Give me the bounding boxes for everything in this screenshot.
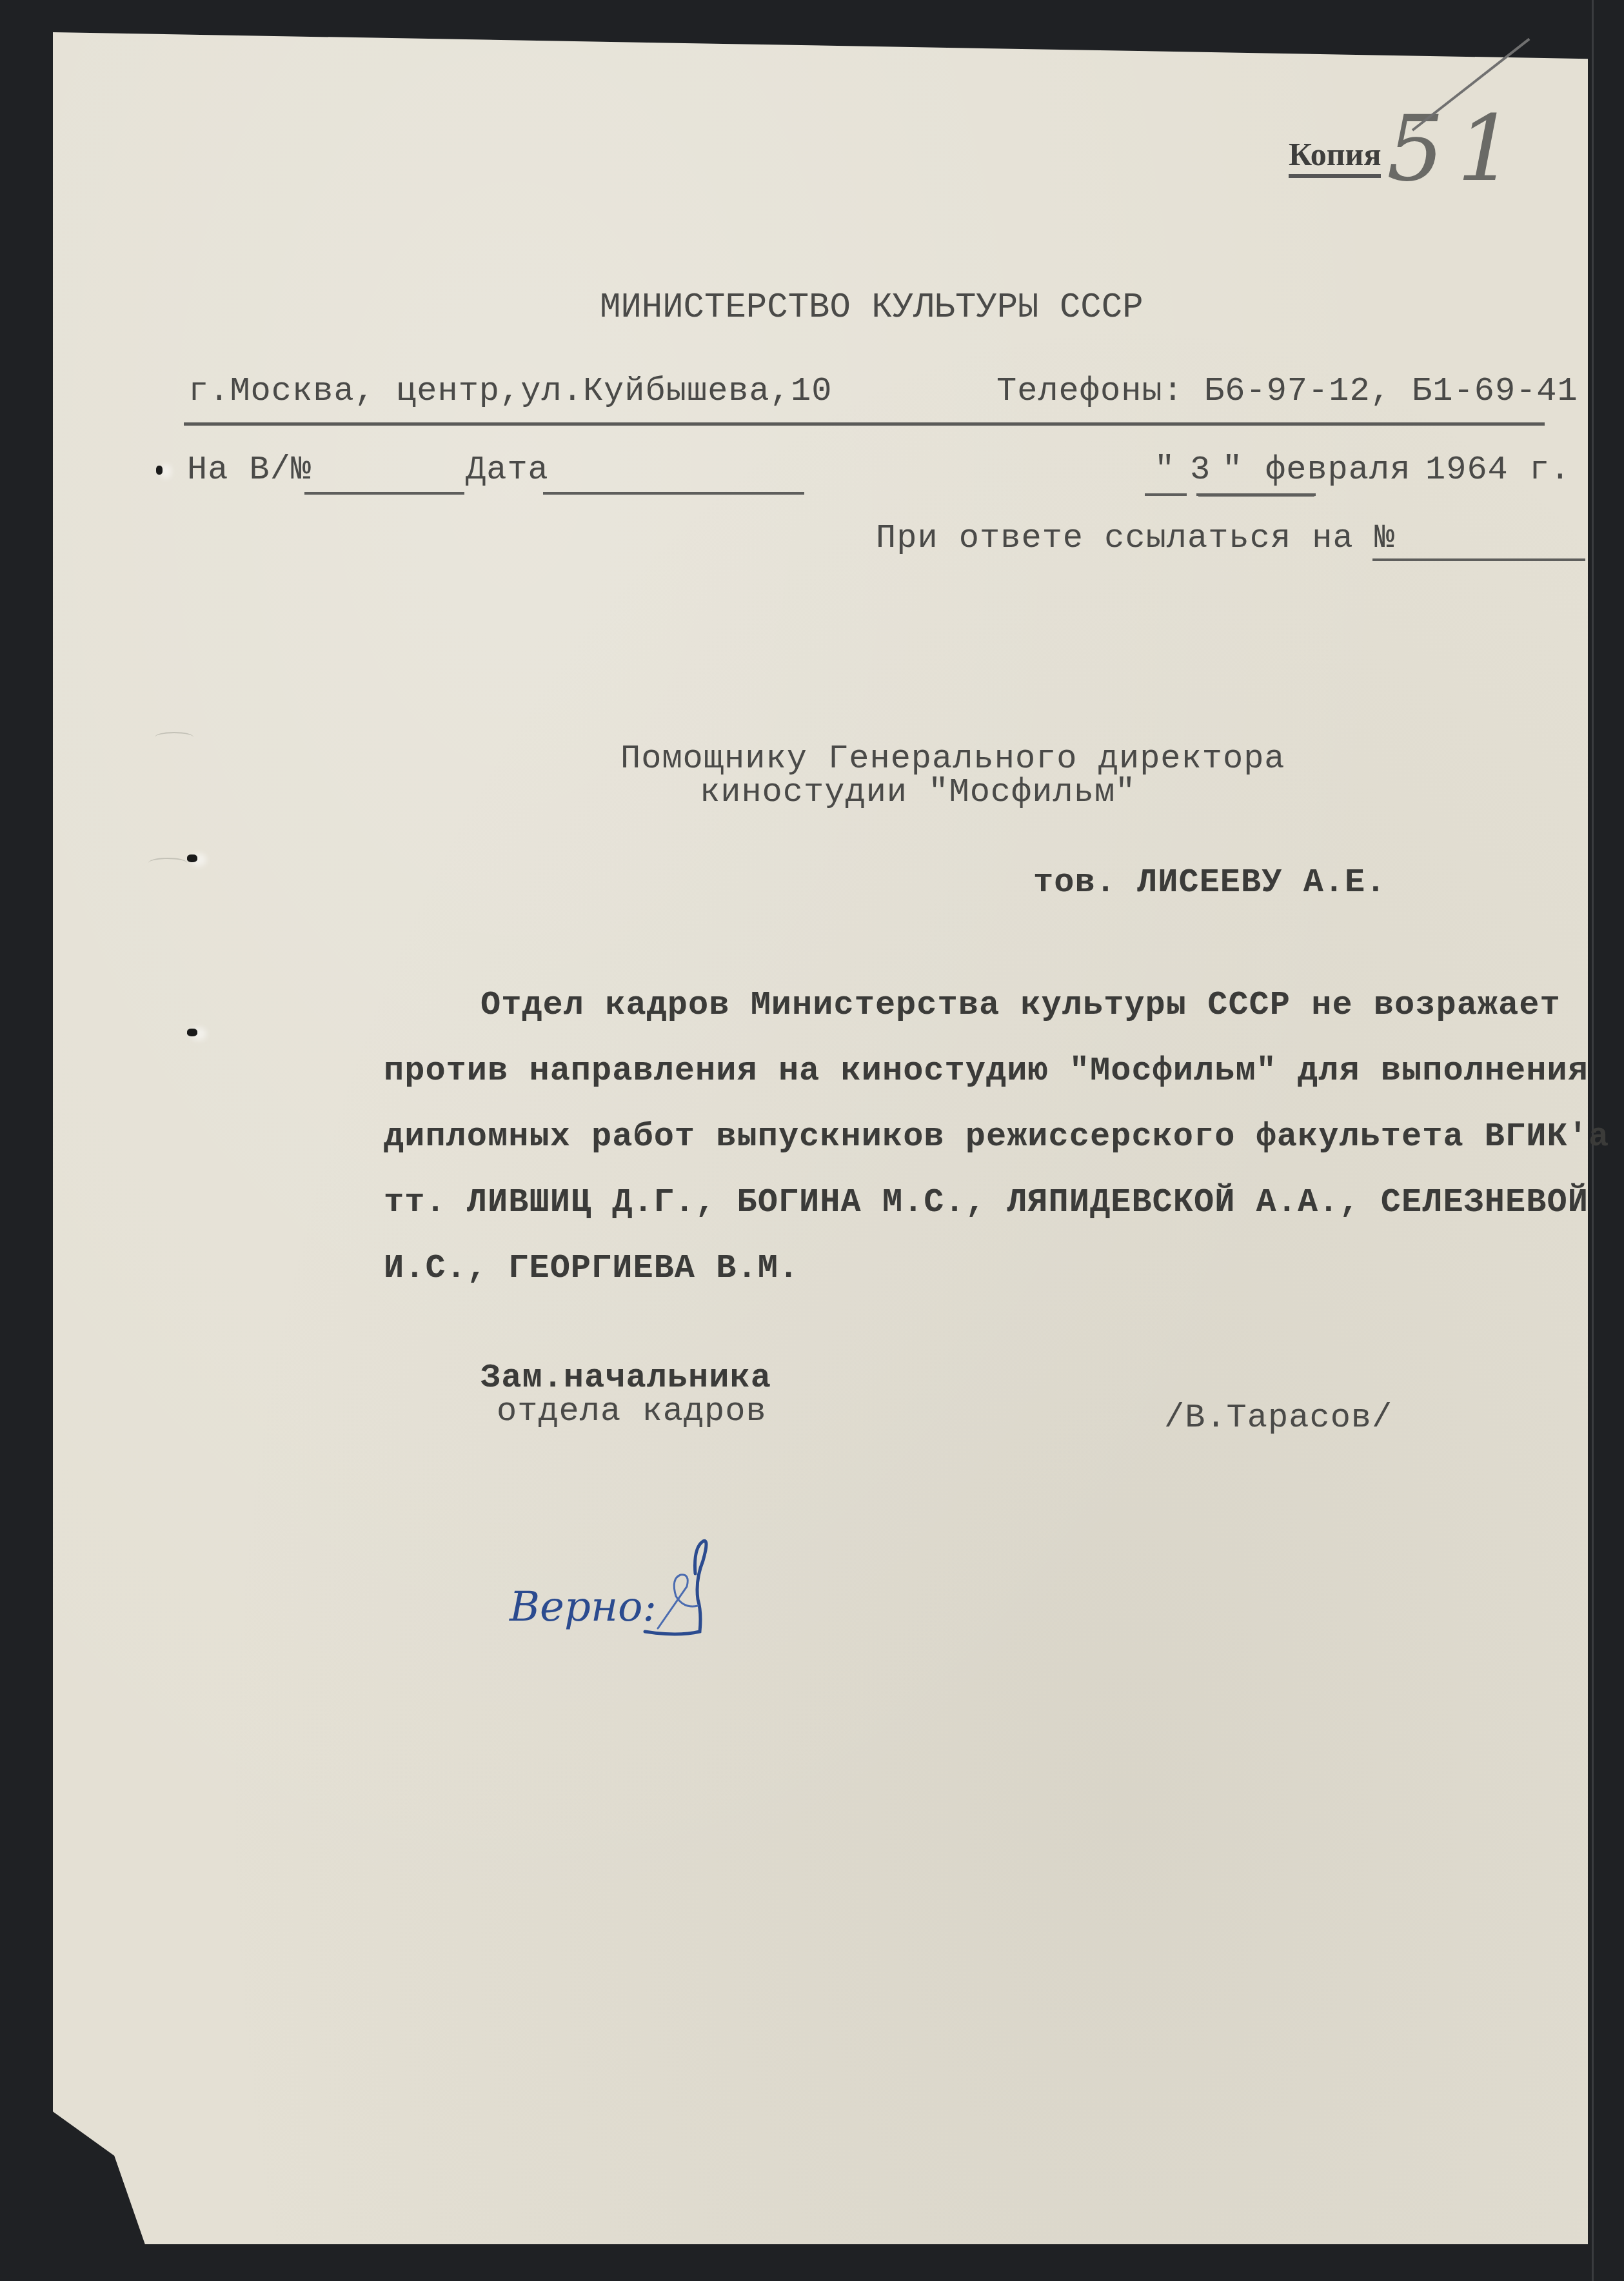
date-close-quote: " [1222, 451, 1243, 488]
organization-name: МИНИСТЕРСТВО КУЛЬТУРЫ СССР [600, 289, 1144, 327]
reply-reference-blank [1372, 558, 1585, 561]
body-line: Отдел кадров Министерства культуры СССР … [480, 987, 1561, 1023]
addressee-organization: киностудии "Мосфильм" [700, 774, 1136, 811]
incoming-number-label: На В/№ [187, 451, 312, 488]
certification-label: Верно: [510, 1583, 657, 1631]
date-month-underline [1198, 494, 1314, 497]
addressee-name: тов. ЛИСЕЕВУ А.Е. [1033, 864, 1387, 901]
staple-crease [148, 858, 187, 868]
signatory-name: /В.Тарасов/ [1164, 1399, 1392, 1436]
staple-crease [155, 732, 193, 742]
date-year: 1964 г. [1425, 451, 1570, 488]
date-day: 3 [1190, 451, 1211, 488]
handwritten-signature-icon [639, 1535, 716, 1638]
punch-hole [187, 854, 197, 862]
incoming-number-blank [304, 492, 464, 495]
signatory-department: отдела кадров [497, 1393, 767, 1430]
punch-hole [156, 466, 163, 475]
date-open-quote: " [1154, 451, 1175, 488]
body-line: тт. ЛИВШИЦ Д.Г., БОГИНА М.С., ЛЯПИДЕВСКО… [384, 1184, 1589, 1221]
body-line: И.С., ГЕОРГИЕВА В.М. [384, 1250, 799, 1287]
body-line: дипломных работ выпускников режиссерског… [384, 1118, 1609, 1155]
date-day-underline [1145, 493, 1187, 496]
copy-stamp: Копия [1289, 135, 1381, 178]
punch-hole [187, 1029, 197, 1036]
date-label: Дата [466, 451, 549, 488]
body-line: против направления на киностудию "Мосфил… [384, 1052, 1589, 1089]
addressee-title: Помощнику Генерального директора [620, 740, 1285, 777]
organization-phones: Телефоны: Б6-97-12, Б1-69-41 [996, 373, 1578, 410]
organization-address: г.Москва, центр,ул.Куйбышева,10 [188, 373, 832, 410]
date-blank [543, 492, 804, 495]
signatory-position: Зам.начальника [480, 1359, 771, 1396]
reply-reference-label: При ответе ссылаться на № [876, 520, 1395, 557]
archive-sheet-number: 51 [1387, 97, 1527, 202]
letterhead-rule [184, 422, 1545, 426]
date-month: февраля [1265, 451, 1411, 488]
